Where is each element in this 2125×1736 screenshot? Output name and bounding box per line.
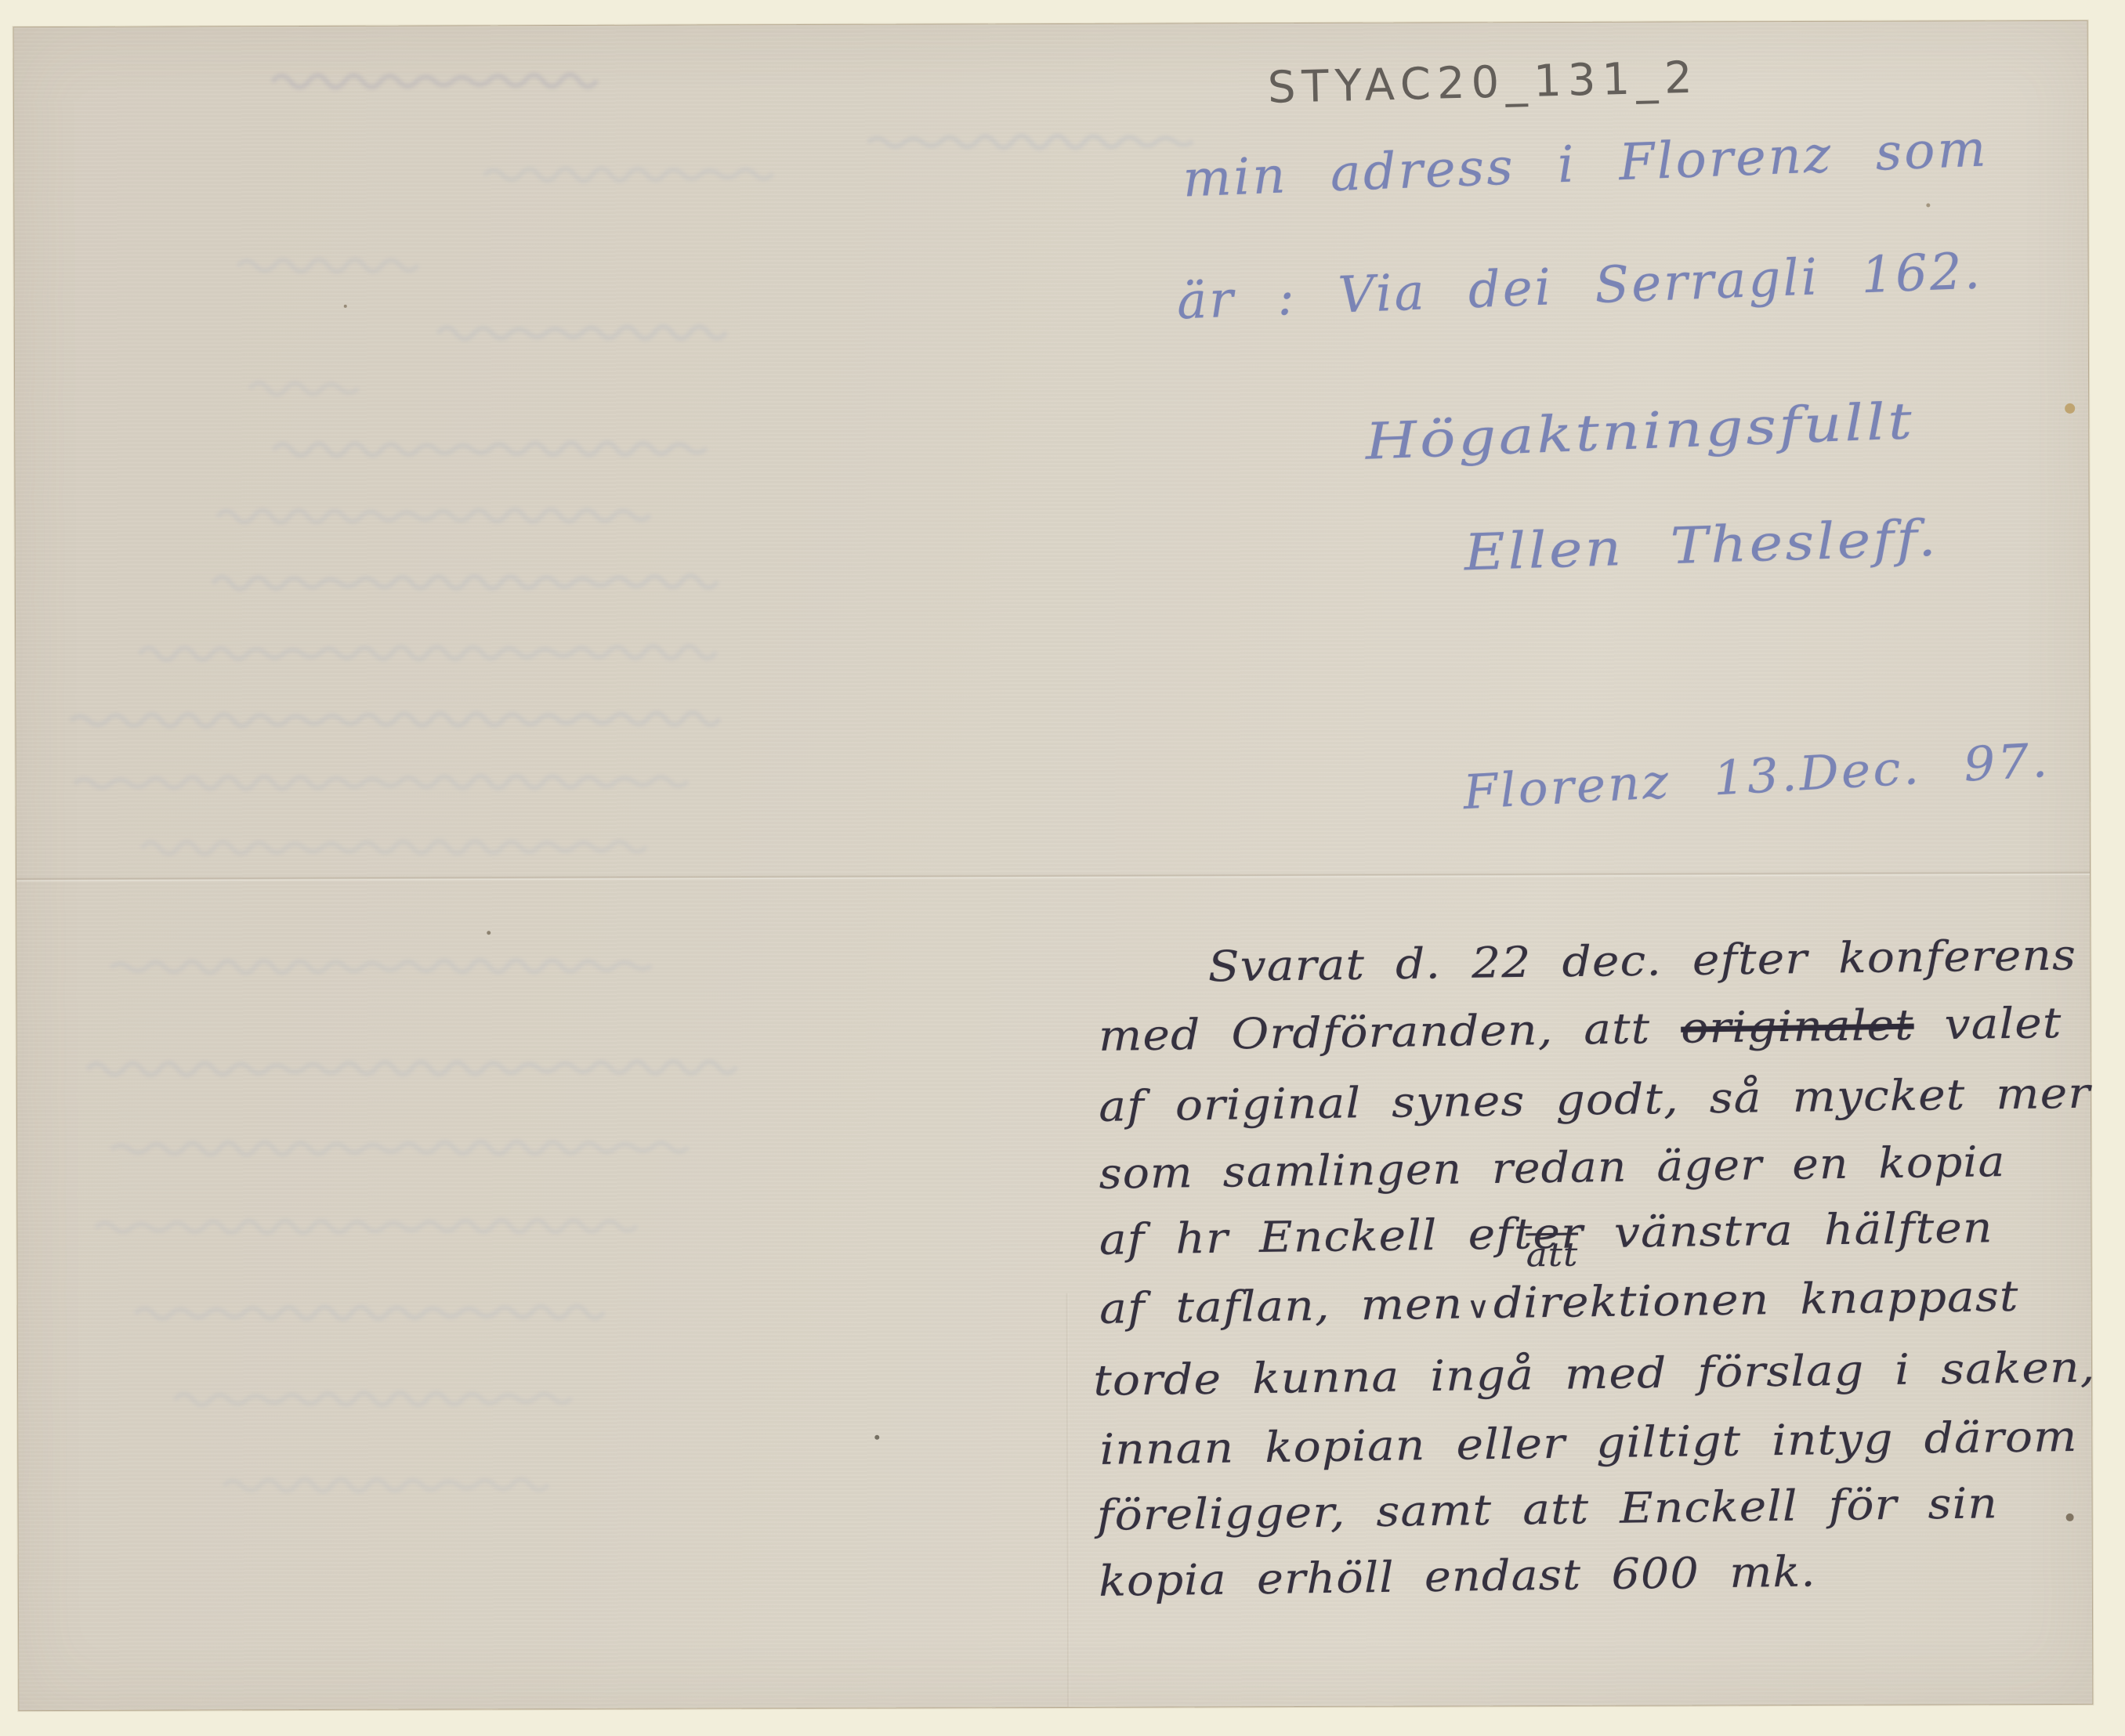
note-line-1: Svarat d. 22 dec. efter konferens (1207, 930, 2076, 991)
letter-closing: Högaktningsfullt (1364, 392, 1916, 472)
paper-speck (2065, 403, 2075, 414)
note-line-8: innan kopian eller giltigt intyg därom (1099, 1412, 2078, 1474)
note-line-6: af taflan, men∨direktionen knappast att (1099, 1271, 2019, 1333)
note-line-3: af original synes godt, så mycket mer (1099, 1069, 2091, 1131)
note-line-6-post: direktionen knappast (1493, 1271, 2018, 1328)
archival-label: STYAC20_131_2 (1267, 52, 1699, 114)
letter-place-date: Florenz 13.Dec. 97. (1462, 733, 2051, 820)
letter-page: STYAC20_131_2 min adress i Florenz som ä… (13, 20, 2094, 1711)
scan-background: STYAC20_131_2 min adress i Florenz som ä… (0, 0, 2125, 1736)
paper-speck (874, 1435, 879, 1440)
inserted-word: att (1526, 1235, 1578, 1274)
paper-speck (344, 305, 347, 308)
horizontal-fold-crease (16, 871, 2090, 881)
note-line-4: som samlingen redan äger en kopia (1099, 1137, 2006, 1199)
letter-line-address-2: är : Via dei Serragli 162. (1176, 242, 1984, 331)
letter-line-address-1: min adress i Florenz som (1182, 120, 1989, 208)
paper-speck (487, 931, 491, 935)
note-line-2-post: valet (1913, 998, 2062, 1050)
note-line-7: torde kunna ingå med förslag i saken, (1093, 1342, 2096, 1405)
note-line-6-pre: af taflan, men (1099, 1279, 1464, 1333)
letter-signature: Ellen Thesleff. (1464, 510, 1939, 583)
paper-speck (1926, 203, 1930, 207)
vertical-fold-crease (1066, 1293, 1070, 1707)
insertion-caret: ∨ (1466, 1290, 1490, 1325)
note-line-10: kopia erhöll endast 600 mk. (1099, 1546, 1816, 1605)
struck-word: originalet (1681, 1000, 1914, 1053)
paper-speck (2066, 1514, 2074, 1521)
note-line-9: föreligger, samt att Enckell för sin (1097, 1478, 1999, 1540)
note-line-2-pre: med Ordföranden, att (1099, 1004, 1682, 1061)
note-line-2: med Ordföranden, att originalet valet (1099, 998, 2062, 1061)
